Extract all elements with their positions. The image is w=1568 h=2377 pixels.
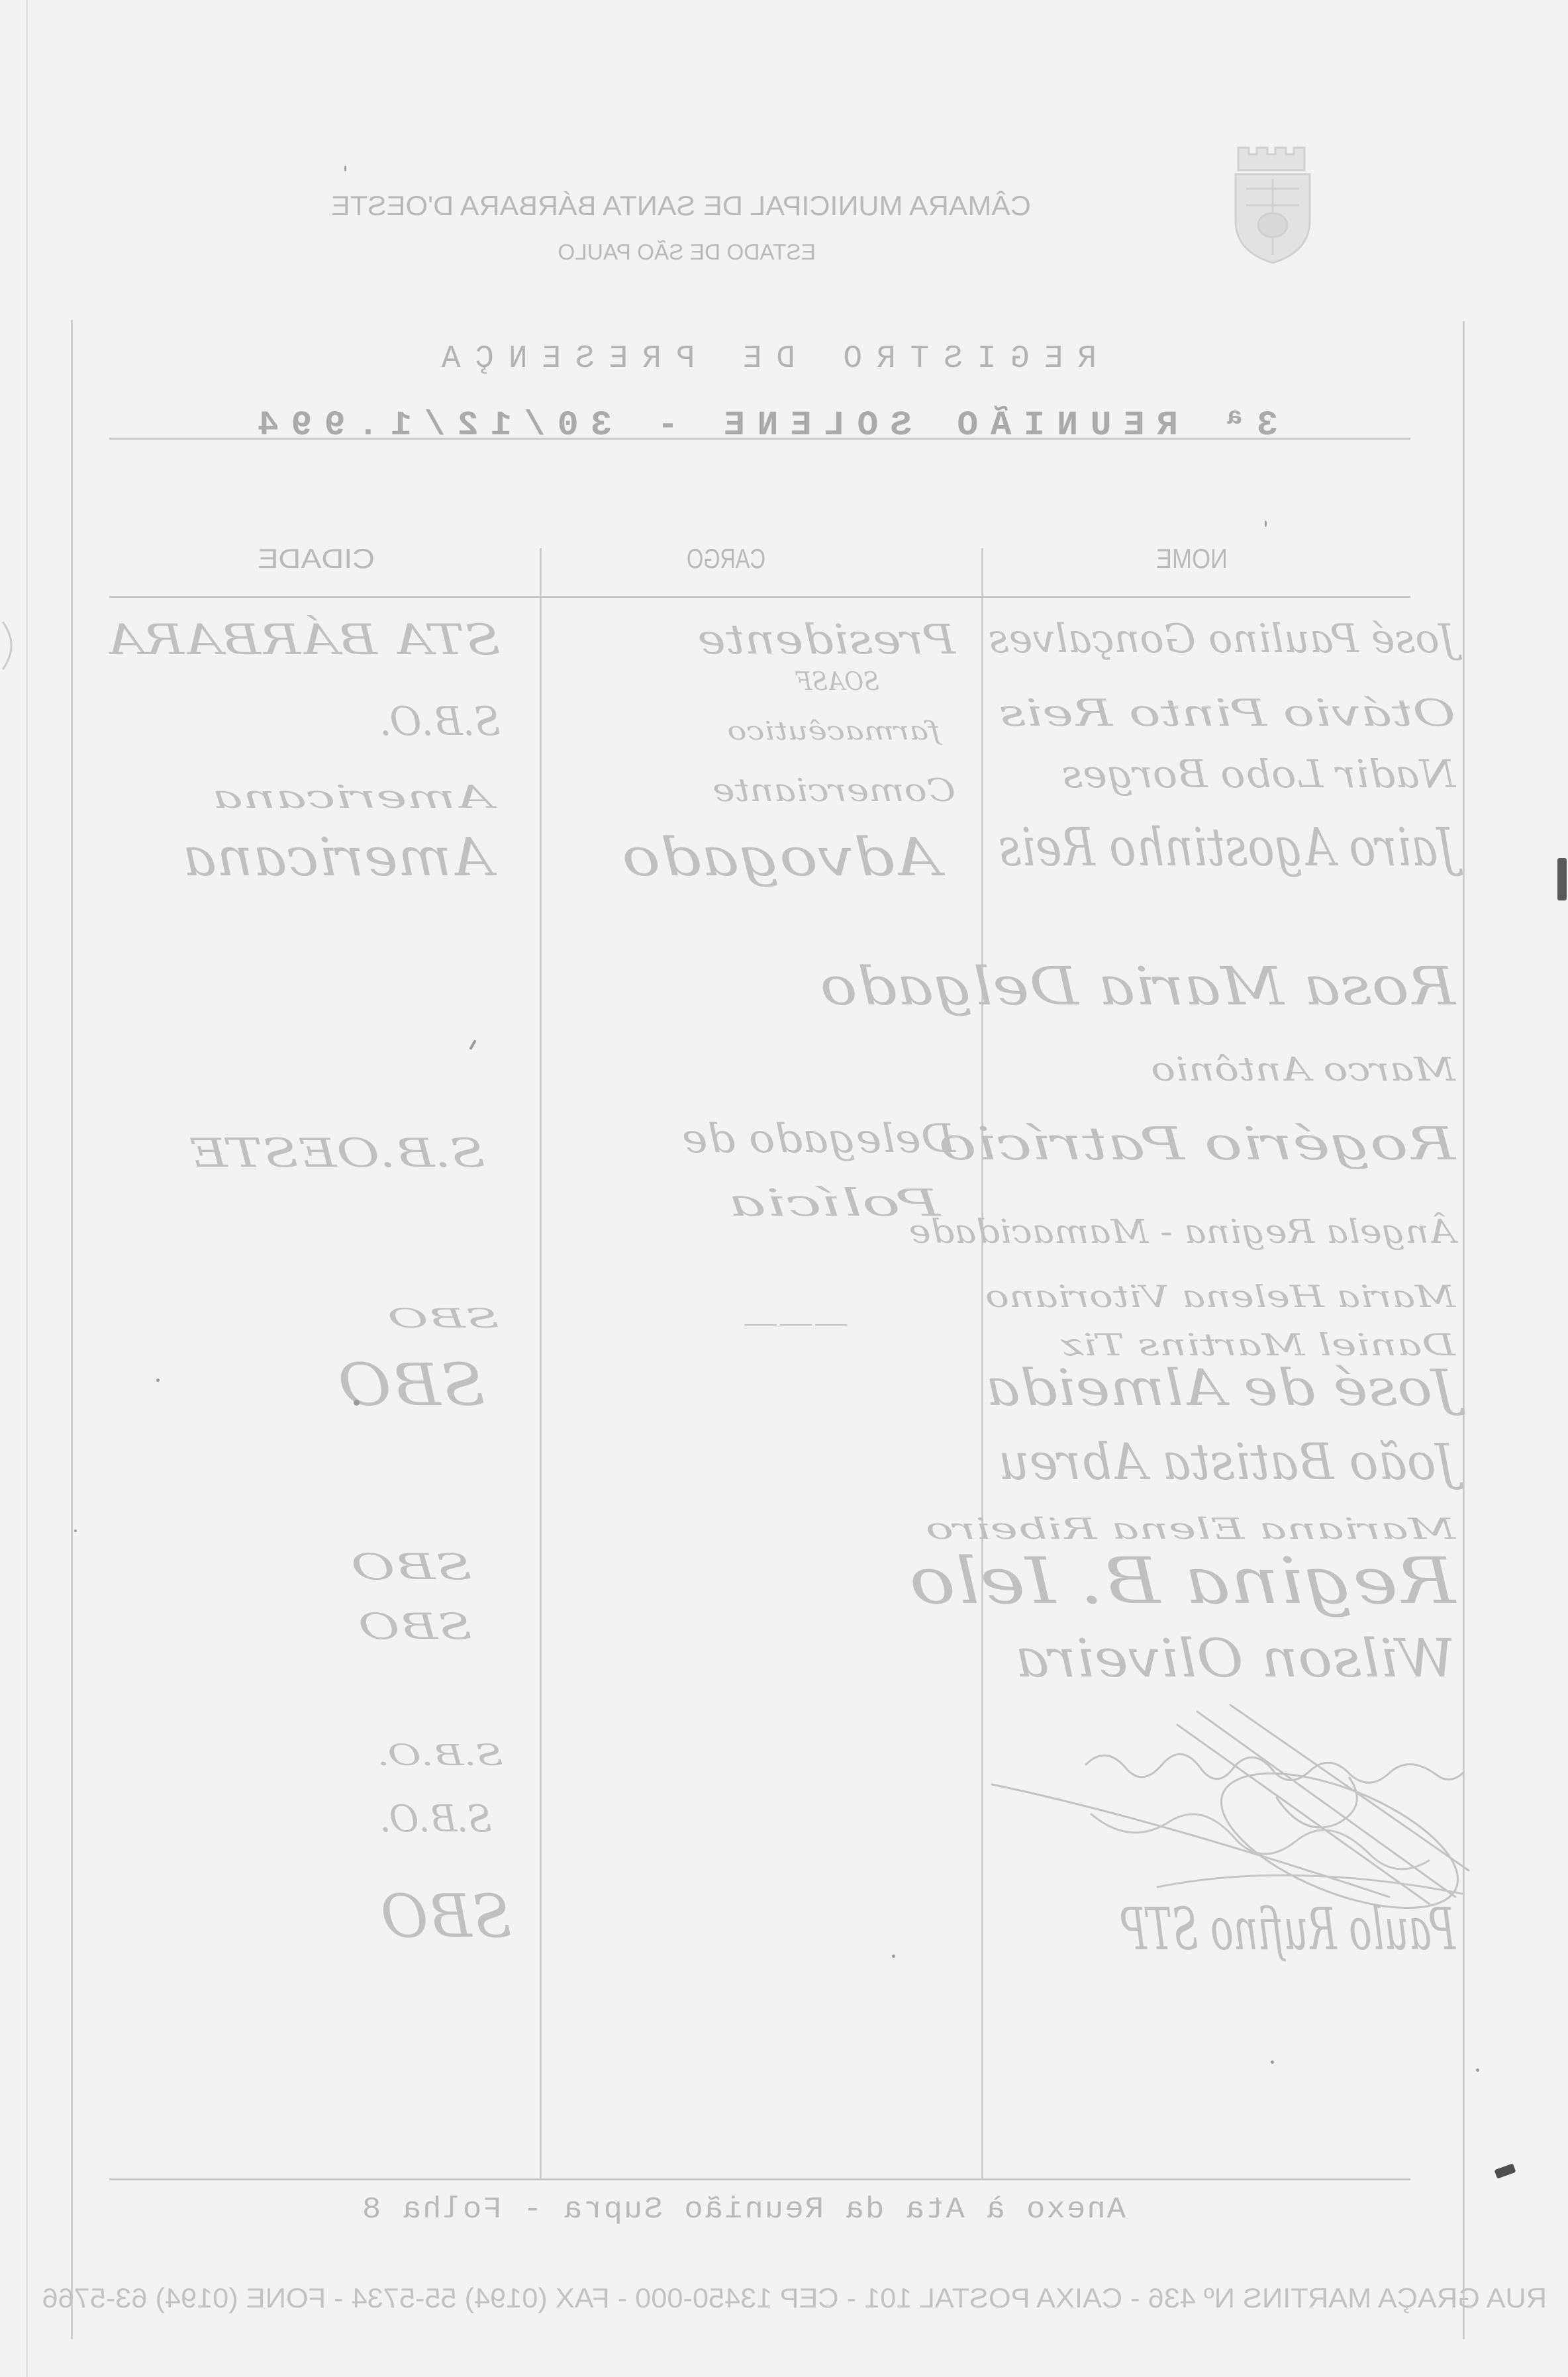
scan-speck — [354, 1400, 360, 1406]
table-row-cidade: STA BÁRBARA — [106, 619, 501, 661]
table-row-cidade: S.B.O. — [377, 1741, 503, 1771]
table-row-cargo: Polícia — [728, 1185, 940, 1222]
table-row-cargo: Advogado — [622, 831, 940, 884]
table-row-nome: Marco Antônio — [1151, 1053, 1455, 1086]
column-header-nome: NOME — [1156, 545, 1228, 573]
table-bottom-rule — [109, 2178, 1410, 2180]
table-row-nome: Rogério Patrício — [939, 1122, 1455, 1167]
table-row-nome: Regina B. Ielo — [909, 1549, 1455, 1613]
table-row-cidade: S.B.O. — [379, 702, 501, 742]
table-row-nome: Daniel Martins Tiz — [1061, 1330, 1455, 1360]
table-row-nome: José Paulino Gonçalves — [989, 619, 1455, 659]
edge-curve-mark — [0, 619, 23, 672]
edge-mark — [1557, 858, 1567, 900]
paper-edge-line — [26, 0, 28, 2377]
scanned-attendance-sheet: CÂMARA MUNICIPAL DE SANTA BÁRBARA D'OEST… — [0, 0, 1568, 2377]
table-row-nome: José de Almeida — [985, 1363, 1455, 1413]
institution-address: RUA GRAÇA MARTINS Nº 436 - CAIXA POSTAL … — [42, 2284, 1547, 2312]
handwritten-signature-icon — [1065, 1788, 1489, 1907]
column-header-cidade: CIDADE — [258, 545, 375, 573]
column-divider-nome-cargo — [981, 548, 983, 2179]
table-row-nome: Mariana Elena Ribeiro — [926, 1515, 1455, 1544]
table-row-cargo: farmacêutico — [727, 718, 940, 744]
table-row-nome: Otávio Pinto Reis — [999, 695, 1455, 732]
coat-of-arms-icon — [1226, 142, 1319, 265]
scan-speck — [1265, 520, 1267, 527]
table-row-cargo: Delegado de — [682, 1119, 955, 1159]
column-divider-cargo-cidade — [540, 548, 542, 2179]
institution-name: CÂMARA MUNICIPAL DE SANTA BÁRBARA D'OEST… — [331, 192, 1031, 220]
table-row-cidade: SBO — [351, 1549, 472, 1585]
scan-speck — [156, 1379, 160, 1382]
table-row-cidade: SBO — [338, 1356, 485, 1414]
scan-speck — [74, 1529, 77, 1532]
table-row-cidade: S.B.O. — [379, 1801, 492, 1838]
table-row-nome: Rosa Maria Delgado — [820, 960, 1455, 1013]
table-row-cargo: Presidente — [697, 619, 955, 660]
scan-speck — [344, 166, 346, 171]
frame-line-inner — [1463, 321, 1465, 2339]
document-title: REGISTRO DE PRESENÇA — [427, 343, 1097, 375]
table-row-nome: Wilson Oliveira — [1015, 1632, 1455, 1685]
table-row-cidade: SBO — [358, 1609, 472, 1645]
scan-speck — [1271, 2061, 1274, 2064]
state-name: ESTADO DE SÃO PAULO — [558, 241, 816, 263]
table-row-nome: João Batista Abreu — [999, 1437, 1455, 1487]
table-row-nome: Jairo Agostinho Reis — [999, 821, 1455, 874]
frame-line-outer — [71, 320, 73, 2339]
table-row-cargo: Comerciante — [712, 775, 955, 806]
table-row-nome: Maria Helena Vitoriano — [985, 1281, 1455, 1312]
scan-speck — [1476, 2068, 1479, 2072]
annex-note: Anexo à Ata da Reunião Supra - Folha 8 — [361, 2195, 1126, 2225]
table-row-nome: Paulo Rufino STP — [1121, 1900, 1455, 1959]
edge-mark — [1494, 2163, 1516, 2178]
header-rule — [109, 596, 1410, 598]
column-header-cargo: CARGO — [687, 545, 765, 573]
table-row-cargo: SOASF — [796, 669, 879, 694]
title-underline — [109, 438, 1410, 440]
table-row-cidade: SBO — [387, 1306, 499, 1332]
table-row-cidade: S.B.OESTE — [189, 1134, 485, 1173]
table-row-nome: Ângela Regina - Mamacidade — [909, 1215, 1455, 1248]
table-row-nome: Nadir Lobo Borges — [1061, 755, 1455, 793]
table-row-cidade: SBO — [381, 1887, 512, 1947]
table-row-cargo: ——— — [743, 1314, 849, 1334]
table-row-cidade: Americana — [183, 831, 493, 884]
scan-speck — [892, 1955, 895, 1958]
table-row-cidade: Americana — [212, 781, 493, 813]
scan-speck — [469, 1040, 476, 1050]
